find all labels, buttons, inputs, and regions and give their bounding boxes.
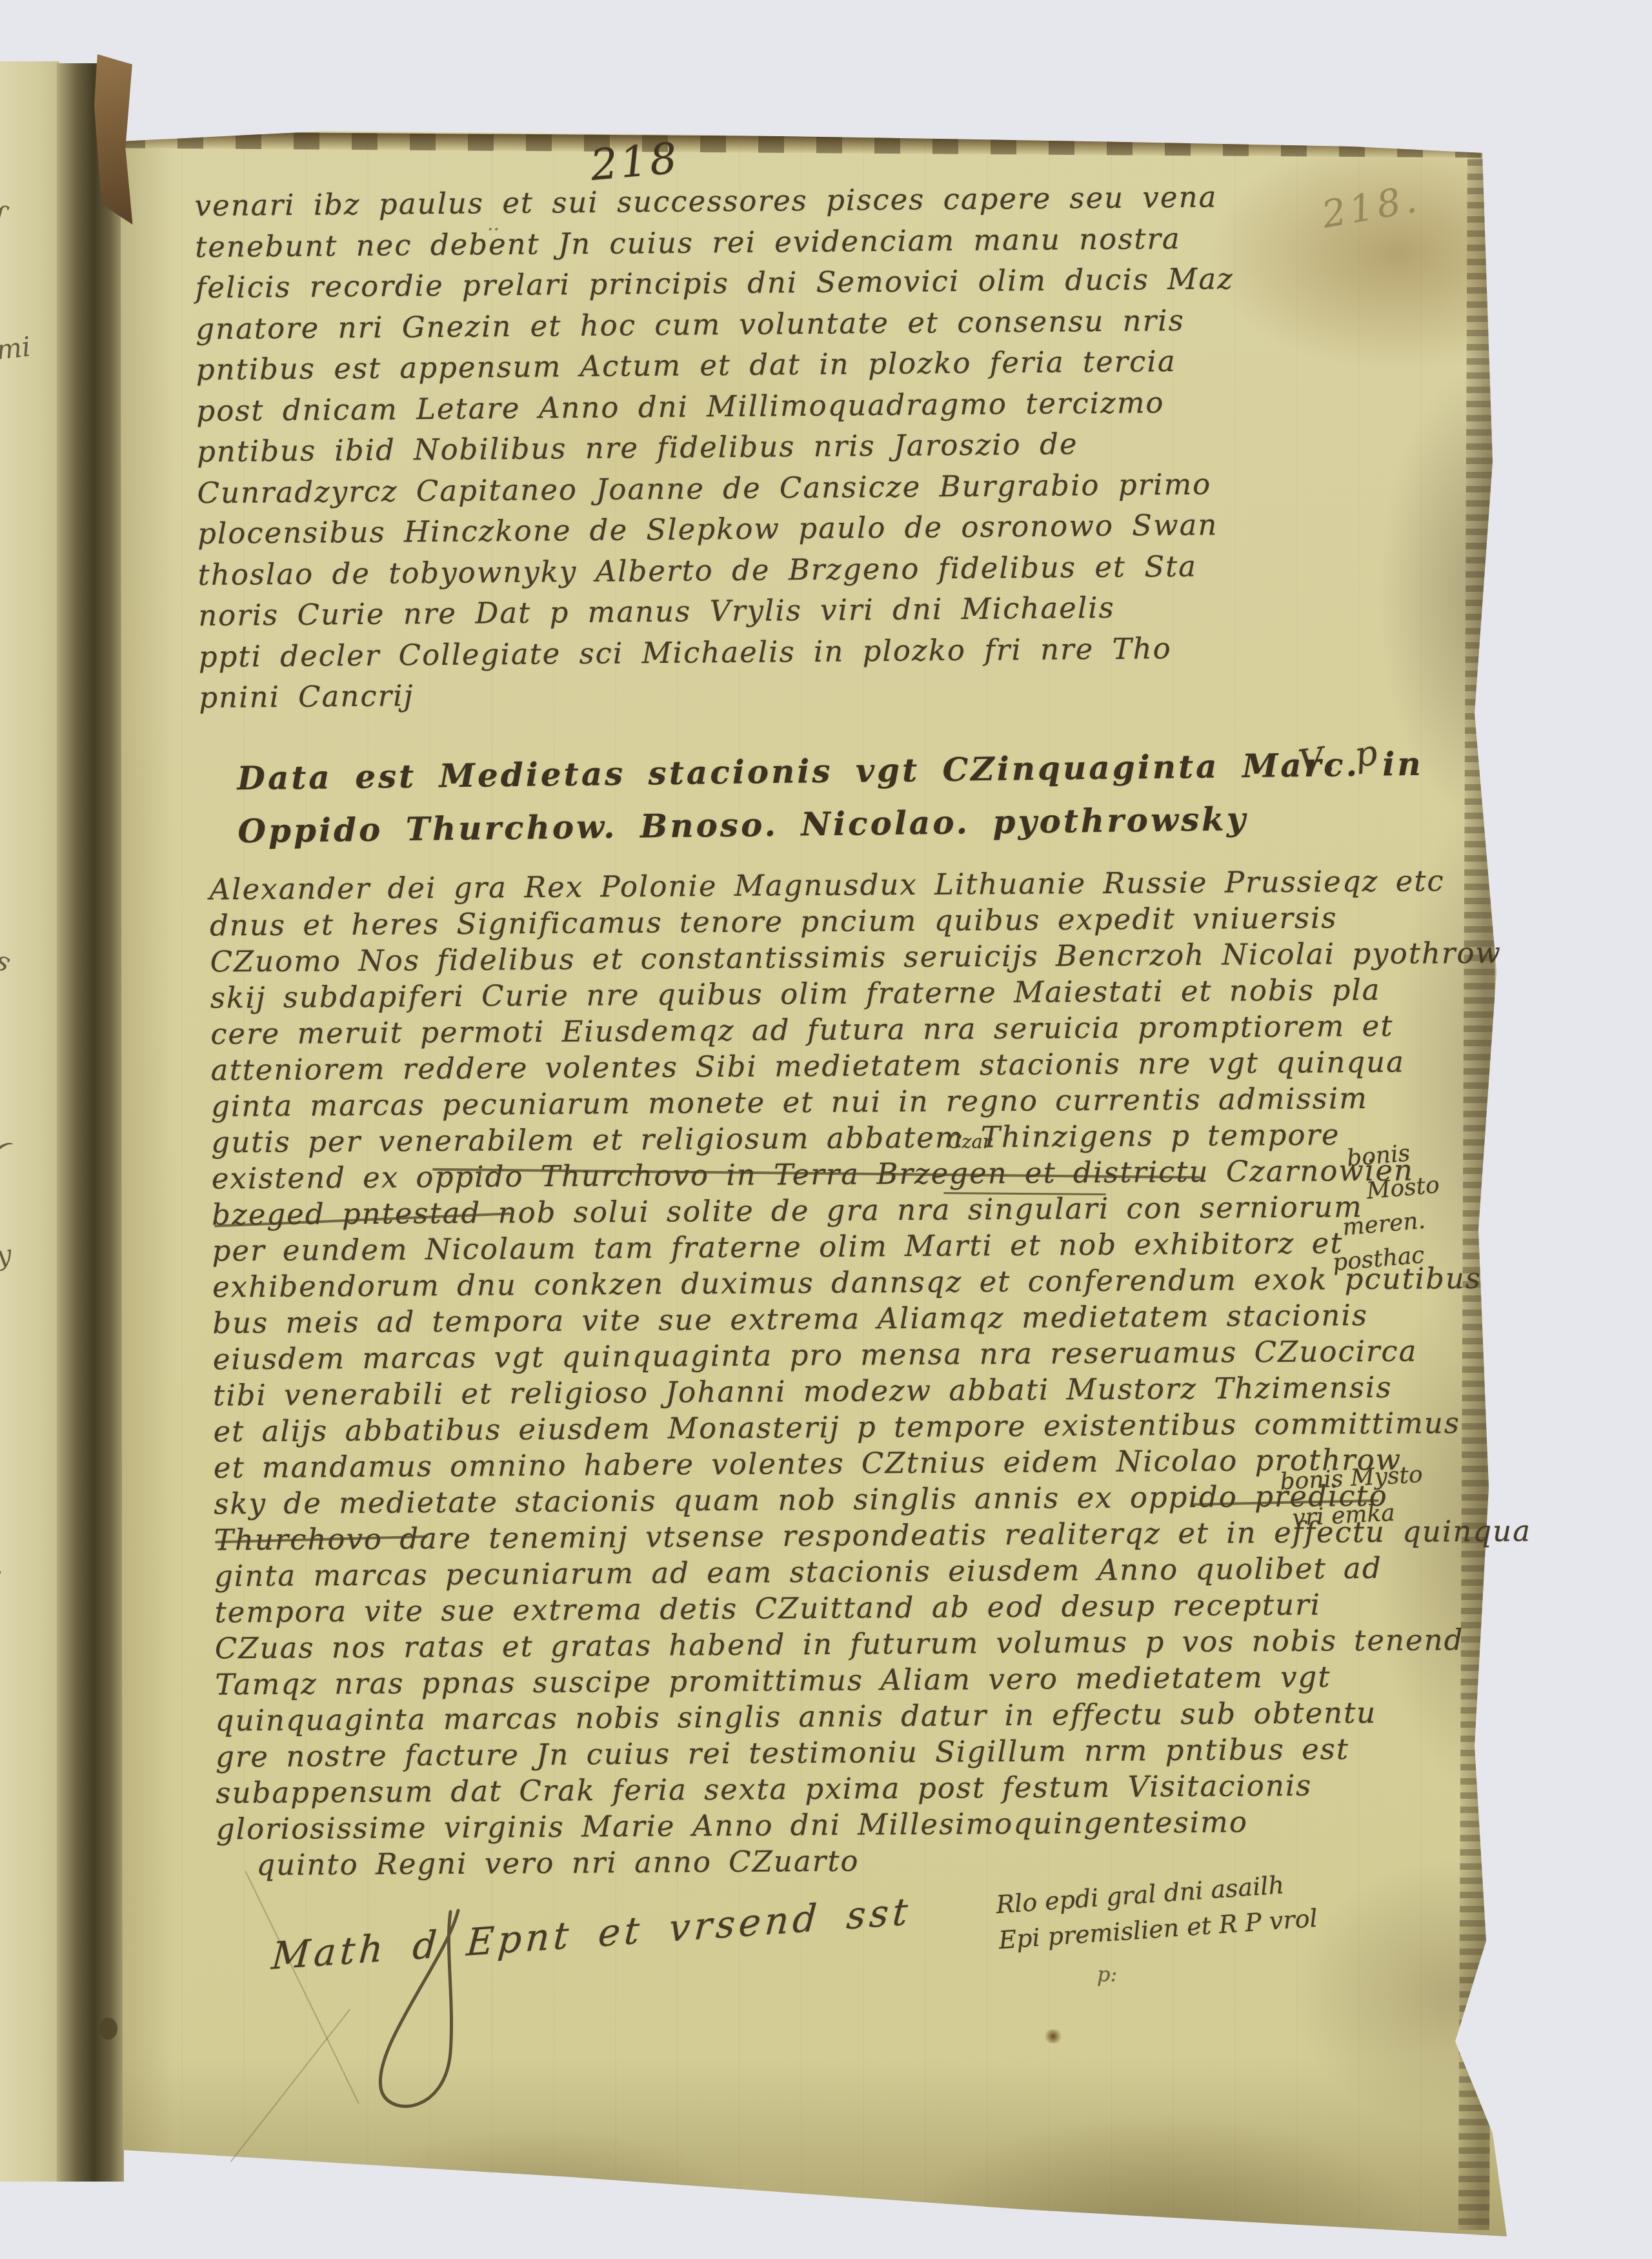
- ink-fragment: (: [0, 1133, 15, 1164]
- ink-spot-stain: [1044, 2029, 1062, 2043]
- ink-fragment: ʃ: [0, 199, 6, 232]
- ink-fragment: .: [0, 1548, 8, 1581]
- manuscript-line: bonis Mysto: [1279, 1456, 1424, 1500]
- manuscript-line: Mosto: [1365, 1168, 1440, 1209]
- manuscript-photo: { "manuscript": { "folio_number_center":…: [0, 0, 1652, 2259]
- first-text-block: venari ibz paulus et sui successores pis…: [194, 176, 1270, 718]
- binding-gutter: [57, 63, 124, 2182]
- page-right-torn-edge: [1458, 145, 1498, 2230]
- page-top-edge: [119, 132, 1489, 158]
- right-margin-notes-lower: bonis Mystovri emka: [1279, 1456, 1425, 1537]
- interlinear-correction: Czar: [947, 1131, 992, 1153]
- ink-fragment: mi: [0, 330, 32, 365]
- previous-folio-edge: ʃmis(y.: [0, 61, 59, 2182]
- pen-flourish: [348, 1904, 536, 2117]
- charter-body: Alexander dei gra Rex Polonie Magnusdux …: [210, 863, 1424, 1883]
- ink-fragment: y: [0, 1239, 14, 1272]
- charter-heading: Data est Medietas stacionis vgt CZinquag…: [237, 738, 1424, 858]
- right-margin-notes: bonisMostomeren.posthac: [1322, 1134, 1447, 1280]
- chancery-note-mark: p:: [1097, 1962, 1117, 1987]
- gutter-stain: [99, 2018, 117, 2040]
- ink-fragment: s: [0, 944, 15, 978]
